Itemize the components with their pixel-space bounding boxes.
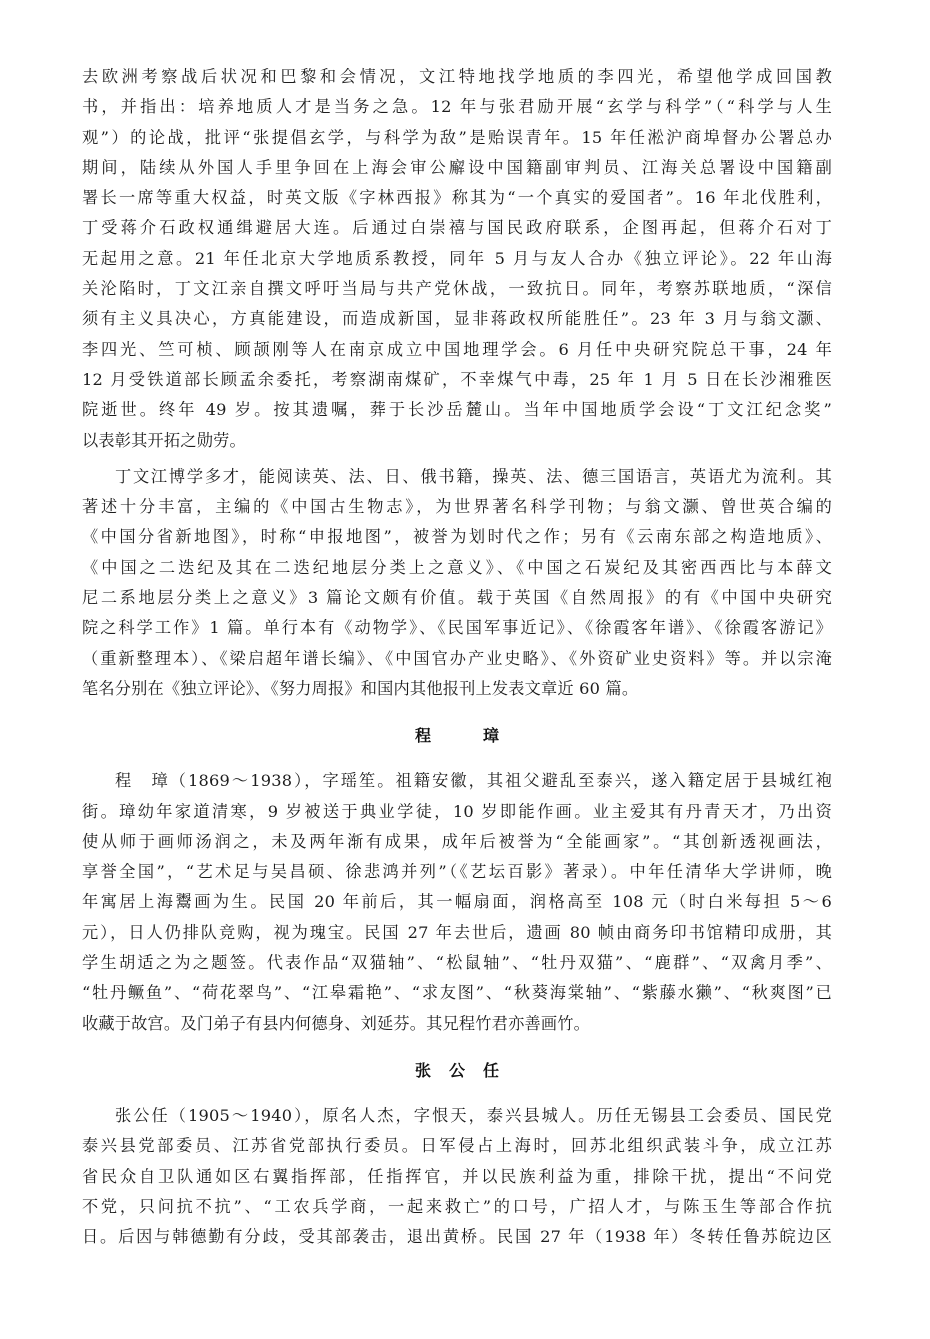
heading-char: 程	[415, 712, 431, 760]
text-line: 收藏于故宫。及门弟子有县内何德身、刘延芬。其兄程竹君亦善画竹。	[82, 1009, 832, 1039]
text-line: 学生胡适之为之题签。代表作品“双猫轴”、“松鼠轴”、“牡丹双猫”、“鹿群”、“双…	[82, 948, 832, 978]
text-line: 丁受蒋介石政权通缉避居大连。后通过白崇禧与国民政府联系，企图再起，但蒋介石对丁	[82, 213, 832, 243]
text-line: 关沦陷时，丁文江亲自撰文呼吁当局与共产党休战，一致抗日。同年，考察苏联地质，“深…	[82, 274, 832, 304]
text-line: “牡丹鳜鱼”、“荷花翠鸟”、“江皋霜艳”、“求友图”、“秋葵海棠轴”、“紫藤水獭…	[82, 978, 832, 1008]
heading-char: 张	[415, 1047, 431, 1095]
text-line: 日。后因与韩德勤有分歧，受其部袭击，退出黄桥。民国 27 年（1938 年）冬转…	[82, 1222, 832, 1252]
text-line: 笔名分别在《独立评论》、《努力周报》和国内其他报刊上发表文章近 60 篇。	[82, 674, 832, 704]
text-line: 尼二系地层分类上之意义》3 篇论文颇有价值。载于英国《自然周报》的有《中国中央研…	[82, 583, 832, 613]
paragraph-cheng-zhang: 程 璋（1869～1938），字瑶笙。祖籍安徽，其祖父避乱至泰兴，遂入籍定居于县…	[82, 766, 832, 1039]
text-line: 元），日人仍排队竞购，视为瑰宝。民国 27 年去世后，遗画 80 帧由商务印书馆…	[82, 918, 832, 948]
text-line: 期间，陆续从外国人手里争回在上海会审公廨设中国籍副审判员、江海关总署设中国籍副	[82, 153, 832, 183]
text-line: 街。璋幼年家道清寒，9 岁被送于典业学徒，10 岁即能作画。业主爱其有丹青天才，…	[82, 797, 832, 827]
text-line: 丁文江博学多才，能阅读英、法、日、俄书籍，操英、法、德三国语言，英语尤为流利。其	[82, 462, 832, 492]
heading-char: 任	[483, 1047, 499, 1095]
text-line: 张公任（1905～1940），原名人杰，字恨天，泰兴县城人。历任无锡县工会委员、…	[82, 1101, 832, 1131]
text-line: 程 璋（1869～1938），字瑶笙。祖籍安徽，其祖父避乱至泰兴，遂入籍定居于县…	[82, 766, 832, 796]
text-line: （重新整理本）、《梁启超年谱长编》、《中国官办产业史略》、《外资矿业史资料》等。…	[82, 644, 832, 674]
text-line: 署长一席等重大权益，时英文版《字林西报》称其为“一个真实的爱国者”。16 年北伐…	[82, 183, 832, 213]
text-line: 李四光、竺可桢、顾颉刚等人在南京成立中国地理学会。6 月任中央研究院总干事，24…	[82, 335, 832, 365]
text-line: 书，并指出：培养地质人才是当务之急。12 年与张君励开展“玄学与科学”（“科学与…	[82, 92, 832, 122]
text-line: 不党，只问抗不抗”、“工农兵学商，一起来救亡”的口号，广招人才，与陈玉生等部合作…	[82, 1192, 832, 1222]
text-line: 须有主义具决心，方真能建设，而造成新国，显非蒋政权所能胜任”。23 年 3 月与…	[82, 304, 832, 334]
section-heading-cheng-zhang: 程璋	[82, 712, 832, 760]
paragraph-scholarship: 丁文江博学多才，能阅读英、法、日、俄书籍，操英、法、德三国语言，英语尤为流利。其…	[82, 462, 832, 704]
text-line: 观”）的论战，批评“张提倡玄学，与科学为敌”是贻误青年。15 年任淞沪商埠督办公…	[82, 123, 832, 153]
text-line: 著述十分丰富，主编的《中国古生物志》，为世界著名科学刊物；与翁文灏、曾世英合编的	[82, 492, 832, 522]
text-line: 《中国之二迭纪及其在二迭纪地层分类上之意义》、《中国之石炭纪及其密西西比与本薛文	[82, 553, 832, 583]
text-line: 去欧洲考察战后状况和巴黎和会情况，文江特地找学地质的李四光，希望他学成回国教	[82, 62, 832, 92]
text-line: 12 月受铁道部长顾孟余委托，考察湖南煤矿，不幸煤气中毒，25 年 1 月 5 …	[82, 365, 832, 395]
paragraph-career: 去欧洲考察战后状况和巴黎和会情况，文江特地找学地质的李四光，希望他学成回国教 书…	[82, 62, 832, 456]
ding-wenjiang-biography-continued: 去欧洲考察战后状况和巴黎和会情况，文江特地找学地质的李四光，希望他学成回国教 书…	[82, 62, 832, 704]
text-line: 泰兴县党部委员、江苏省党部执行委员。日军侵占上海时，回苏北组织武装斗争，成立江苏	[82, 1131, 832, 1161]
text-line: 享誉全国”，“艺术足与吴昌硕、徐悲鸿并列”（《艺坛百影》著录）。中年任清华大学讲…	[82, 857, 832, 887]
heading-char: 璋	[483, 712, 499, 760]
text-line: 院之科学工作》1 篇。单行本有《动物学》、《民国军事近记》、《徐霞客年谱》、《徐…	[82, 613, 832, 643]
text-line: 使从师于画师汤润之，未及两年渐有成果，成年后被誉为“全能画家”。“其创新透视画法…	[82, 827, 832, 857]
text-line: 年寓居上海鬻画为生。民国 20 年前后，其一幅扇面，润格高至 108 元（时白米…	[82, 887, 832, 917]
heading-char: 公	[449, 1047, 465, 1095]
section-heading-zhang-gongren: 张公任	[82, 1047, 832, 1095]
document-page: 去欧洲考察战后状况和巴黎和会情况，文江特地找学地质的李四光，希望他学成回国教 书…	[82, 62, 832, 1252]
text-line: 无起用之意。21 年任北京大学地质系教授，同年 5 月与友人合办《独立评论》。2…	[82, 244, 832, 274]
text-line: 省民众自卫队通如区右翼指挥部，任指挥官，并以民族利益为重，排除干扰，提出“不问党	[82, 1162, 832, 1192]
cheng-zhang-biography: 程璋 程 璋（1869～1938），字瑶笙。祖籍安徽，其祖父避乱至泰兴，遂入籍定…	[82, 712, 832, 1039]
paragraph-zhang-gongren: 张公任（1905～1940），原名人杰，字恨天，泰兴县城人。历任无锡县工会委员、…	[82, 1101, 832, 1252]
text-line: 《中国分省新地图》，时称“申报地图”，被誉为划时代之作；另有《云南东部之构造地质…	[82, 522, 832, 552]
text-line: 院逝世。终年 49 岁。按其遗嘱，葬于长沙岳麓山。当年中国地质学会设“丁文江纪念…	[82, 395, 832, 425]
text-line: 以表彰其开拓之勋劳。	[82, 426, 832, 456]
zhang-gongren-biography: 张公任 张公任（1905～1940），原名人杰，字恨天，泰兴县城人。历任无锡县工…	[82, 1047, 832, 1252]
